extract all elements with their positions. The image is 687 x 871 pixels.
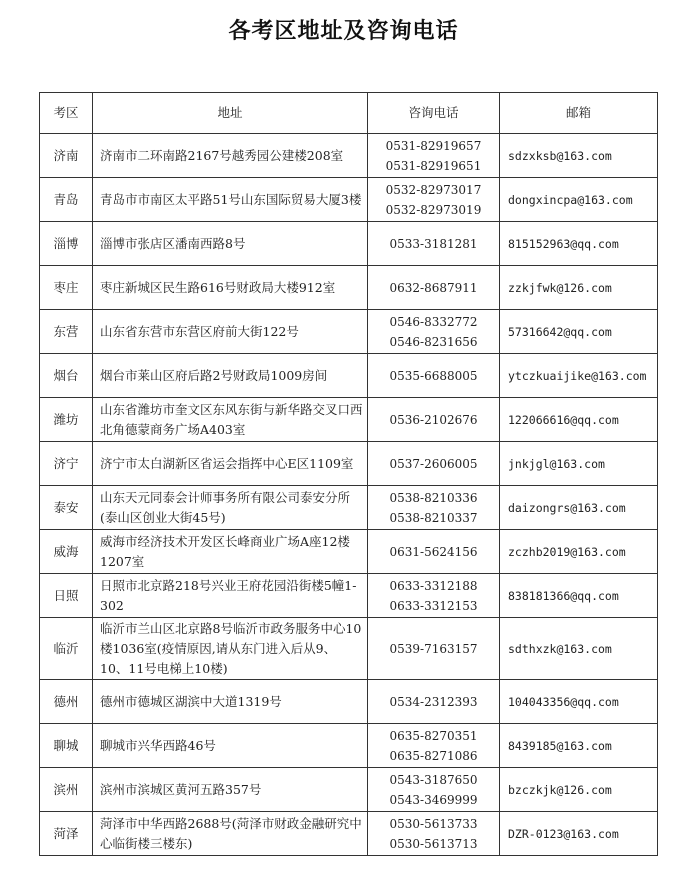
phone-cell: 0632-8687911 xyxy=(368,266,500,310)
region-cell: 临沂 xyxy=(40,618,93,680)
table-body: 济南济南市二环南路2167号越秀园公建楼208室0531-82919657053… xyxy=(40,134,658,856)
table-row: 青岛青岛市市南区太平路51号山东国际贸易大厦3楼0532-82973017053… xyxy=(40,178,658,222)
phone-number: 0631-5624156 xyxy=(368,542,499,562)
address-cell: 威海市经济技术开发区长峰商业广场A座12楼1207室 xyxy=(93,530,368,574)
phone-number: 0632-8687911 xyxy=(368,278,499,298)
email-cell: 57316642@qq.com xyxy=(500,310,658,354)
page-title: 各考区地址及咨询电话 xyxy=(0,14,687,45)
phone-number: 0532-82973017 xyxy=(368,180,499,200)
address-cell: 聊城市兴华西路46号 xyxy=(93,724,368,768)
region-cell: 济南 xyxy=(40,134,93,178)
email-cell: ytczkuaijike@163.com xyxy=(500,354,658,398)
email-address[interactable]: DZR-0123@163.com xyxy=(508,827,619,841)
region-cell: 潍坊 xyxy=(40,398,93,442)
table-row: 菏泽菏泽市中华西路2688号(菏泽市财政金融研究中心临街楼三楼东)0530-56… xyxy=(40,812,658,856)
region-cell: 聊城 xyxy=(40,724,93,768)
phone-cell: 0538-82103360538-8210337 xyxy=(368,486,500,530)
phone-cell: 0535-6688005 xyxy=(368,354,500,398)
address-cell: 临沂市兰山区北京路8号临沂市政务服务中心10楼1036室(疫情原因,请从东门进入… xyxy=(93,618,368,680)
address-cell: 日照市北京路218号兴业王府花园沿街楼5幢1-302 xyxy=(93,574,368,618)
phone-cell: 0546-83327720546-8231656 xyxy=(368,310,500,354)
region-cell: 枣庄 xyxy=(40,266,93,310)
email-address[interactable]: 8439185@163.com xyxy=(508,739,612,753)
phone-number: 0535-6688005 xyxy=(368,366,499,386)
phone-number: 0531-82919651 xyxy=(368,156,499,176)
address-cell: 济宁市太白湖新区省运会指挥中心E区1109室 xyxy=(93,442,368,486)
email-address[interactable]: jnkjgl@163.com xyxy=(508,457,605,471)
email-cell: zczhb2019@163.com xyxy=(500,530,658,574)
address-cell: 山东省东营市东营区府前大街122号 xyxy=(93,310,368,354)
region-cell: 济宁 xyxy=(40,442,93,486)
phone-number: 0635-8271086 xyxy=(368,746,499,766)
email-address[interactable]: 122066616@qq.com xyxy=(508,413,619,427)
address-cell: 烟台市莱山区府后路2号财政局1009房间 xyxy=(93,354,368,398)
address-cell: 济南市二环南路2167号越秀园公建楼208室 xyxy=(93,134,368,178)
region-cell: 泰安 xyxy=(40,486,93,530)
email-cell: jnkjgl@163.com xyxy=(500,442,658,486)
email-address[interactable]: ytczkuaijike@163.com xyxy=(508,369,646,383)
email-cell: daizongrs@163.com xyxy=(500,486,658,530)
region-cell: 东营 xyxy=(40,310,93,354)
table-header-row: 考区 地址 咨询电话 邮箱 xyxy=(40,93,658,134)
phone-cell: 0530-56137330530-5613713 xyxy=(368,812,500,856)
table-row: 济南济南市二环南路2167号越秀园公建楼208室0531-82919657053… xyxy=(40,134,658,178)
exam-region-table: 考区 地址 咨询电话 邮箱 济南济南市二环南路2167号越秀园公建楼208室05… xyxy=(39,92,658,856)
email-address[interactable]: daizongrs@163.com xyxy=(508,501,626,515)
table-row: 淄博淄博市张店区潘南西路8号0533-3181281815152963@qq.c… xyxy=(40,222,658,266)
phone-cell: 0536-2102676 xyxy=(368,398,500,442)
email-address[interactable]: zczhb2019@163.com xyxy=(508,545,626,559)
email-address[interactable]: sdthxzk@163.com xyxy=(508,642,612,656)
phone-cell: 0532-829730170532-82973019 xyxy=(368,178,500,222)
email-cell: sdthxzk@163.com xyxy=(500,618,658,680)
email-cell: dongxincpa@163.com xyxy=(500,178,658,222)
phone-number: 0532-82973019 xyxy=(368,200,499,220)
header-region: 考区 xyxy=(40,93,93,134)
address-cell: 青岛市市南区太平路51号山东国际贸易大厦3楼 xyxy=(93,178,368,222)
email-cell: 838181366@qq.com xyxy=(500,574,658,618)
phone-number: 0534-2312393 xyxy=(368,692,499,712)
table-row: 滨州滨州市滨城区黄河五路357号0543-31876500543-3469999… xyxy=(40,768,658,812)
phone-number: 0543-3187650 xyxy=(368,770,499,790)
table-row: 济宁济宁市太白湖新区省运会指挥中心E区1109室0537-2606005jnkj… xyxy=(40,442,658,486)
phone-cell: 0543-31876500543-3469999 xyxy=(368,768,500,812)
table-row: 临沂临沂市兰山区北京路8号临沂市政务服务中心10楼1036室(疫情原因,请从东门… xyxy=(40,618,658,680)
address-cell: 枣庄新城区民生路616号财政局大楼912室 xyxy=(93,266,368,310)
region-cell: 日照 xyxy=(40,574,93,618)
phone-number: 0633-3312188 xyxy=(368,576,499,596)
email-cell: 815152963@qq.com xyxy=(500,222,658,266)
header-phone: 咨询电话 xyxy=(368,93,500,134)
region-cell: 烟台 xyxy=(40,354,93,398)
email-address[interactable]: zzkjfwk@126.com xyxy=(508,281,612,295)
region-cell: 青岛 xyxy=(40,178,93,222)
phone-number: 0543-3469999 xyxy=(368,790,499,810)
region-cell: 菏泽 xyxy=(40,812,93,856)
region-cell: 德州 xyxy=(40,680,93,724)
email-address[interactable]: 815152963@qq.com xyxy=(508,237,619,251)
phone-number: 0538-8210336 xyxy=(368,488,499,508)
email-address[interactable]: dongxincpa@163.com xyxy=(508,193,633,207)
phone-cell: 0531-829196570531-82919651 xyxy=(368,134,500,178)
phone-number: 0635-8270351 xyxy=(368,726,499,746)
email-cell: sdzxksb@163.com xyxy=(500,134,658,178)
phone-number: 0537-2606005 xyxy=(368,454,499,474)
table-row: 潍坊山东省潍坊市奎文区东风东街与新华路交叉口西北角德蒙商务广场A403室0536… xyxy=(40,398,658,442)
phone-number: 0546-8231656 xyxy=(368,332,499,352)
phone-number: 0531-82919657 xyxy=(368,136,499,156)
email-cell: 104043356@qq.com xyxy=(500,680,658,724)
phone-number: 0546-8332772 xyxy=(368,312,499,332)
address-cell: 山东省潍坊市奎文区东风东街与新华路交叉口西北角德蒙商务广场A403室 xyxy=(93,398,368,442)
table-row: 东营山东省东营市东营区府前大街122号0546-83327720546-8231… xyxy=(40,310,658,354)
table-row: 威海威海市经济技术开发区长峰商业广场A座12楼1207室0631-5624156… xyxy=(40,530,658,574)
region-cell: 滨州 xyxy=(40,768,93,812)
header-email: 邮箱 xyxy=(500,93,658,134)
address-cell: 山东天元同泰会计师事务所有限公司泰安分所(泰山区创业大街45号) xyxy=(93,486,368,530)
address-cell: 淄博市张店区潘南西路8号 xyxy=(93,222,368,266)
table-row: 枣庄枣庄新城区民生路616号财政局大楼912室0632-8687911zzkjf… xyxy=(40,266,658,310)
phone-cell: 0539-7163157 xyxy=(368,618,500,680)
email-address[interactable]: 104043356@qq.com xyxy=(508,695,619,709)
phone-cell: 0534-2312393 xyxy=(368,680,500,724)
email-cell: DZR-0123@163.com xyxy=(500,812,658,856)
phone-number: 0533-3181281 xyxy=(368,234,499,254)
table-row: 德州德州市德城区湖滨中大道1319号0534-2312393104043356@… xyxy=(40,680,658,724)
phone-number: 0536-2102676 xyxy=(368,410,499,430)
email-address[interactable]: sdzxksb@163.com xyxy=(508,149,612,163)
table-row: 聊城聊城市兴华西路46号0635-82703510635-82710868439… xyxy=(40,724,658,768)
phone-number: 0530-5613733 xyxy=(368,814,499,834)
table-row: 烟台烟台市莱山区府后路2号财政局1009房间0535-6688005ytczku… xyxy=(40,354,658,398)
email-cell: 8439185@163.com xyxy=(500,724,658,768)
email-address[interactable]: bzczkjk@126.com xyxy=(508,783,612,797)
phone-cell: 0537-2606005 xyxy=(368,442,500,486)
email-cell: bzczkjk@126.com xyxy=(500,768,658,812)
phone-cell: 0633-33121880633-3312153 xyxy=(368,574,500,618)
phone-cell: 0631-5624156 xyxy=(368,530,500,574)
email-cell: 122066616@qq.com xyxy=(500,398,658,442)
phone-number: 0539-7163157 xyxy=(368,639,499,659)
phone-number: 0538-8210337 xyxy=(368,508,499,528)
email-address[interactable]: 57316642@qq.com xyxy=(508,325,612,339)
address-cell: 德州市德城区湖滨中大道1319号 xyxy=(93,680,368,724)
region-cell: 威海 xyxy=(40,530,93,574)
phone-cell: 0533-3181281 xyxy=(368,222,500,266)
email-cell: zzkjfwk@126.com xyxy=(500,266,658,310)
address-cell: 菏泽市中华西路2688号(菏泽市财政金融研究中心临街楼三楼东) xyxy=(93,812,368,856)
table-row: 日照日照市北京路218号兴业王府花园沿街楼5幢1-3020633-3312188… xyxy=(40,574,658,618)
email-address[interactable]: 838181366@qq.com xyxy=(508,589,619,603)
header-address: 地址 xyxy=(93,93,368,134)
phone-number: 0633-3312153 xyxy=(368,596,499,616)
phone-cell: 0635-82703510635-8271086 xyxy=(368,724,500,768)
table-row: 泰安山东天元同泰会计师事务所有限公司泰安分所(泰山区创业大街45号)0538-8… xyxy=(40,486,658,530)
phone-number: 0530-5613713 xyxy=(368,834,499,854)
region-cell: 淄博 xyxy=(40,222,93,266)
address-cell: 滨州市滨城区黄河五路357号 xyxy=(93,768,368,812)
